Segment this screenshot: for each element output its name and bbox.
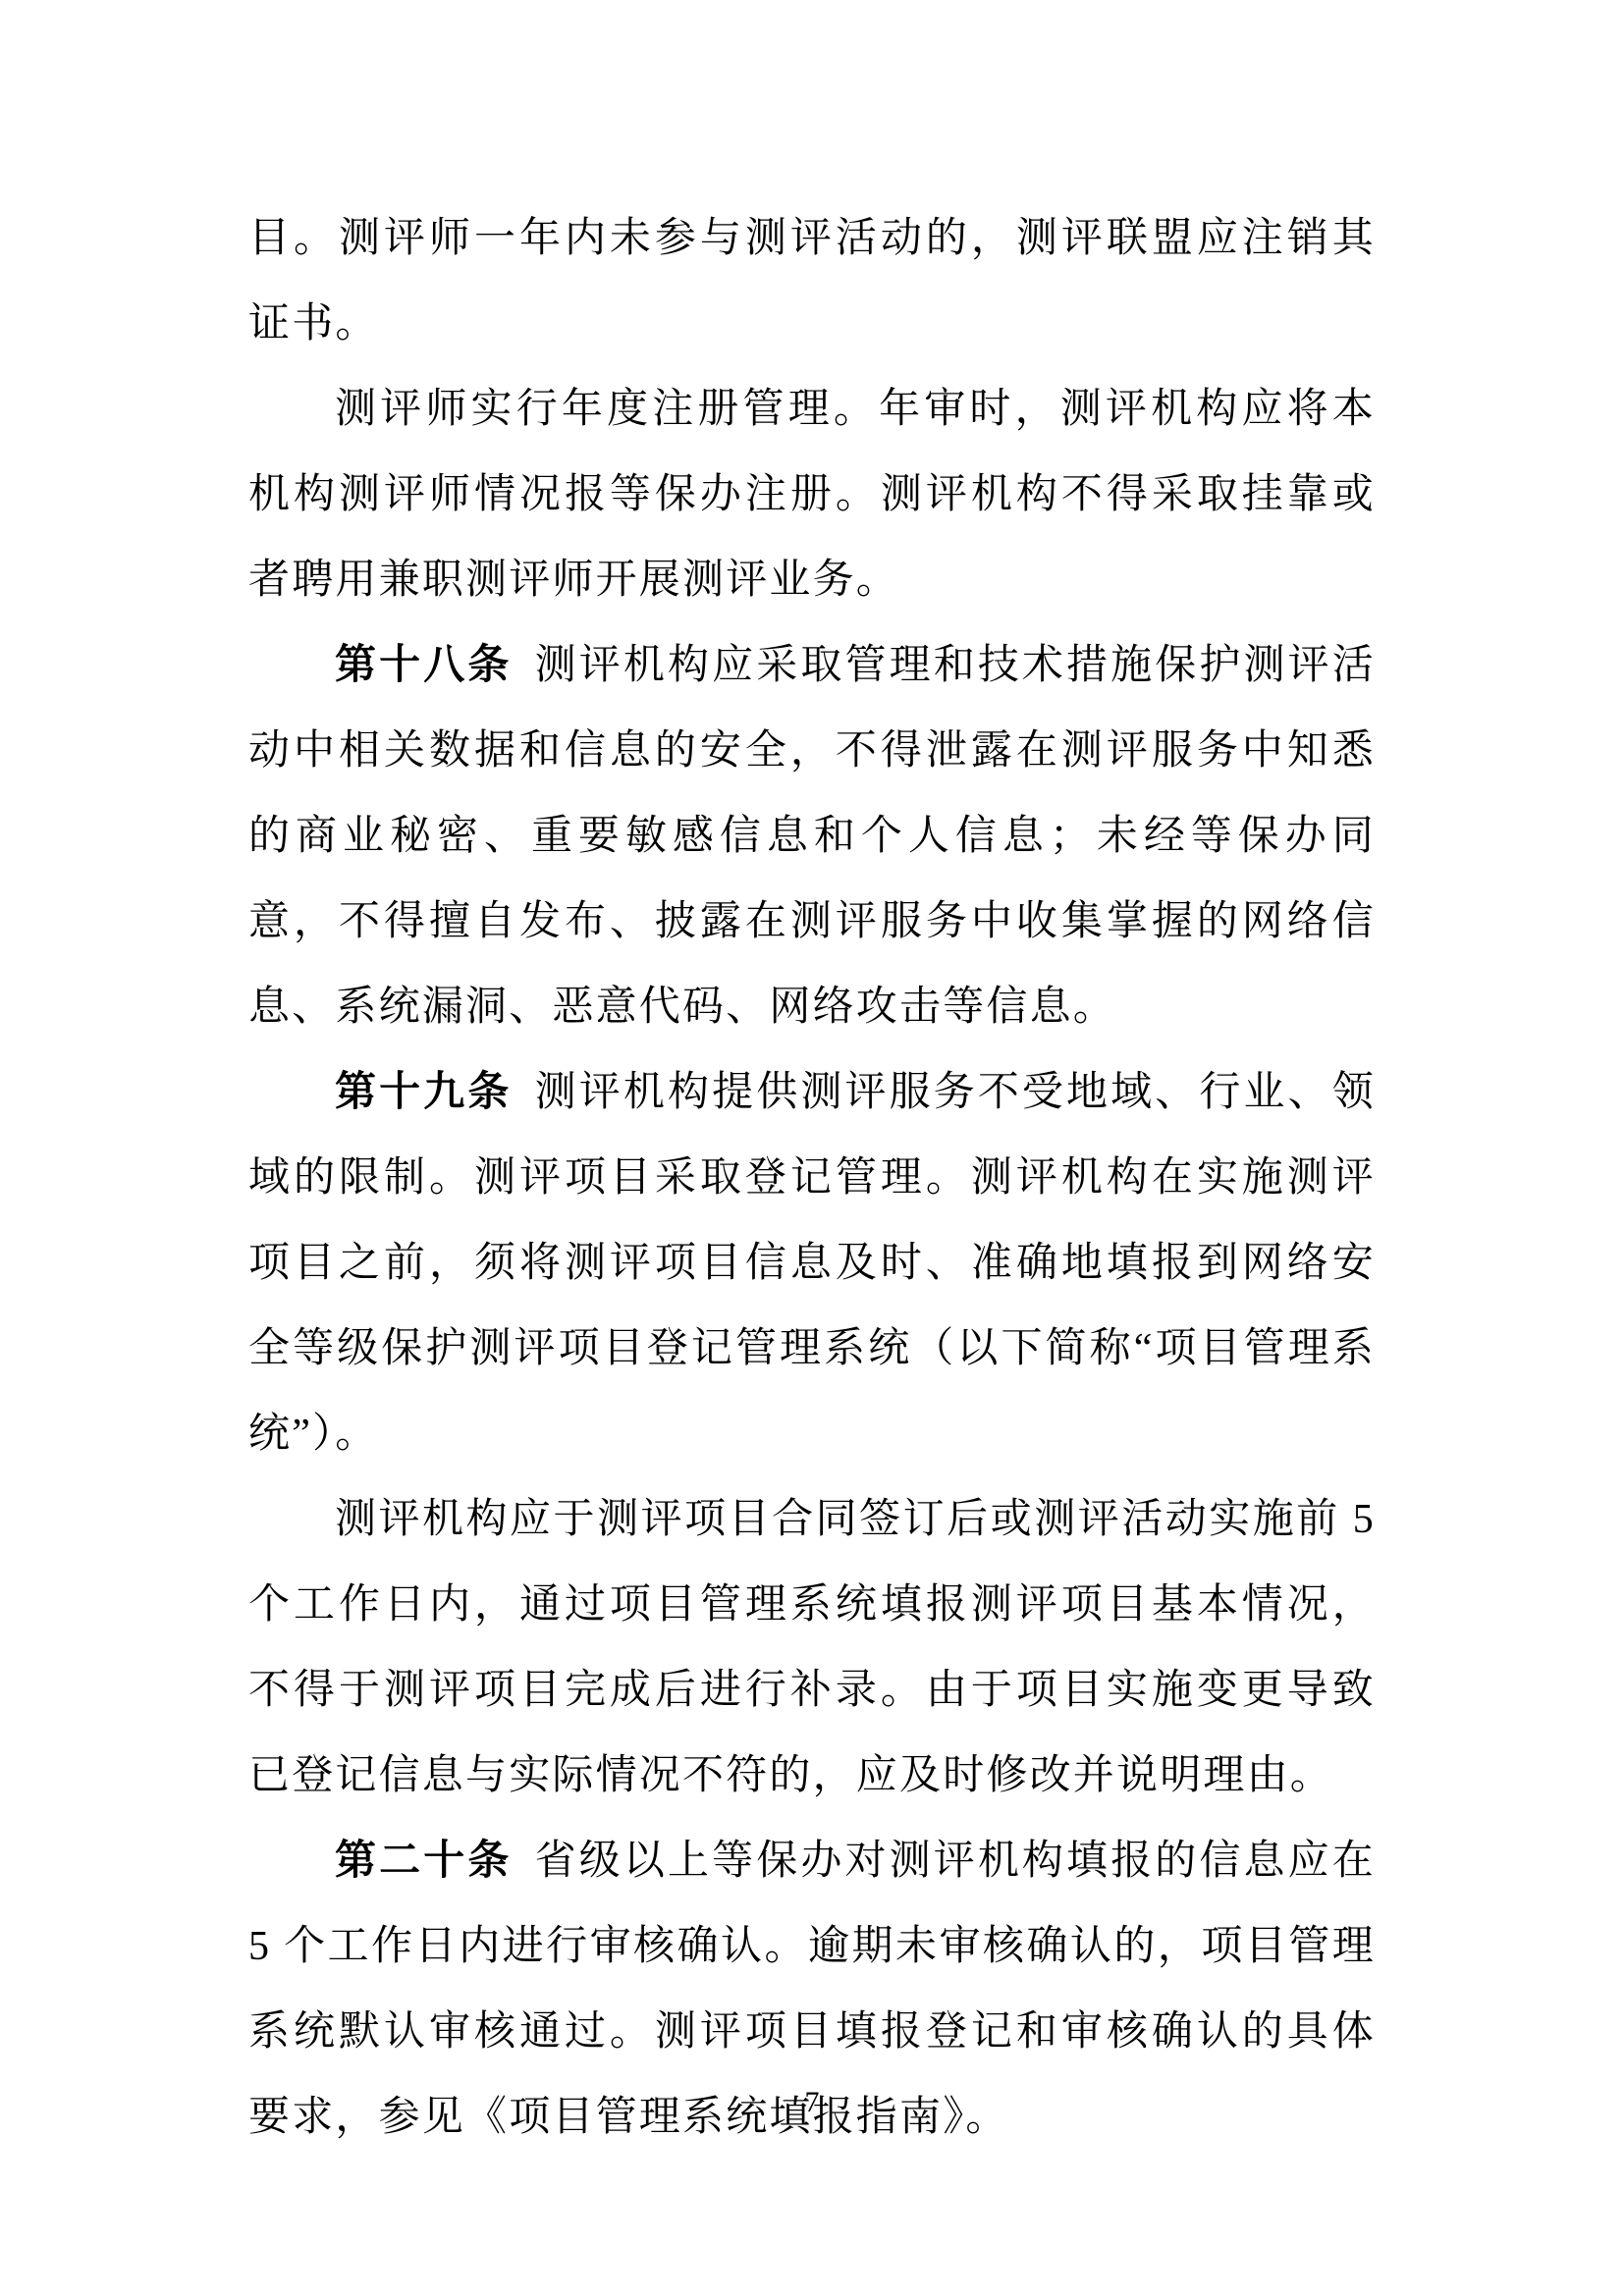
paragraph: 测评机构应于测评项目合同签订后或测评活动实施前 5 个工作日内，通过项目管理系统… <box>248 1477 1376 1819</box>
paragraph: 目。测评师一年内未参与测评活动的，测评联盟应注销其证书。 <box>248 196 1376 367</box>
paragraph: 第十九条测评机构提供测评服务不受地域、行业、领域的限制。测评项目采取登记管理。测… <box>248 1050 1376 1477</box>
document-body: 目。测评师一年内未参与测评活动的，测评联盟应注销其证书。 测评师实行年度注册管理… <box>248 196 1376 2161</box>
article-number: 第十九条 <box>335 1070 513 1115</box>
page-footer: 7 <box>0 2083 1624 2122</box>
paragraph: 测评师实行年度注册管理。年审时，测评机构应将本机构测评师情况报等保办注册。测评机… <box>248 367 1376 623</box>
document-page: 目。测评师一年内未参与测评活动的，测评联盟应注销其证书。 测评师实行年度注册管理… <box>0 0 1624 2296</box>
paragraph-text: 目。测评师一年内未参与测评活动的，测评联盟应注销其证书。 <box>248 216 1376 347</box>
paragraph: 第十八条测评机构应采取管理和技术措施保护测评活动中相关数据和信息的安全，不得泄露… <box>248 623 1376 1050</box>
paragraph-text: 测评机构应采取管理和技术措施保护测评活动中相关数据和信息的安全，不得泄露在测评服… <box>248 643 1376 1030</box>
paragraph-text: 测评机构提供测评服务不受地域、行业、领域的限制。测评项目采取登记管理。测评机构在… <box>248 1070 1376 1457</box>
article-number: 第十八条 <box>335 643 513 688</box>
article-number: 第二十条 <box>335 1839 513 1884</box>
paragraph-text: 测评师实行年度注册管理。年审时，测评机构应将本机构测评师情况报等保办注册。测评机… <box>248 387 1376 603</box>
paragraph-text: 测评机构应于测评项目合同签订后或测评活动实施前 5 个工作日内，通过项目管理系统… <box>248 1497 1376 1798</box>
page-number: 7 <box>805 2086 820 2118</box>
